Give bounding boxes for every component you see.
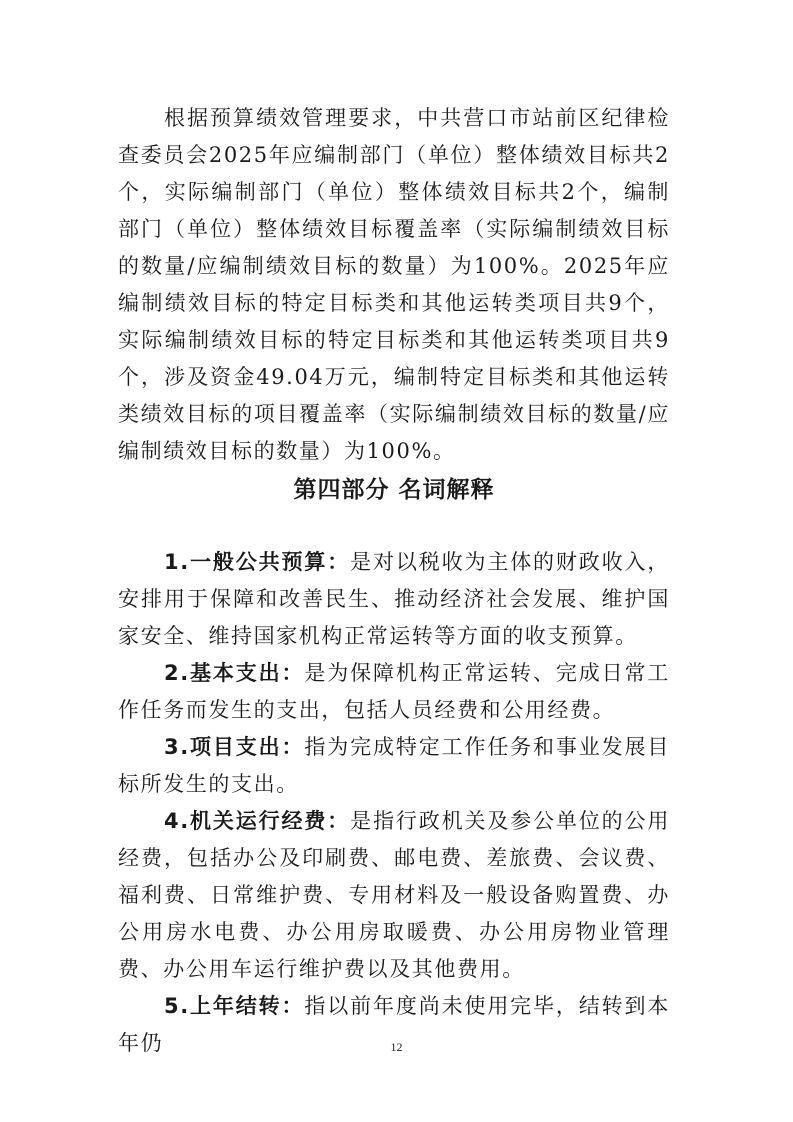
document-page: 根据预算绩效管理要求，中共营口市站前区纪律检查委员会2025年应编制部门（单位）…: [118, 100, 670, 1062]
definition-term: 1.一般公共预算：: [164, 550, 350, 574]
definition-term: 3.项目支出：: [164, 735, 304, 759]
page-number: 12: [0, 1040, 793, 1055]
section-heading: 第四部分 名词解释: [118, 470, 670, 510]
definition-term: 2.基本支出：: [164, 661, 304, 685]
definition-text: 是指行政机关及参公单位的公用经费，包括办公及印刷费、邮电费、差旅费、会议费、福利…: [118, 809, 670, 981]
definition-basic-expenditure: 2.基本支出：是为保障机构正常运转、完成日常工作任务而发生的支出，包括人员经费和…: [118, 655, 670, 729]
intro-paragraph: 根据预算绩效管理要求，中共营口市站前区纪律检查委员会2025年应编制部门（单位）…: [118, 100, 670, 470]
definition-operating-expenses: 4.机关运行经费：是指行政机关及参公单位的公用经费，包括办公及印刷费、邮电费、差…: [118, 803, 670, 988]
definition-general-public-budget: 1.一般公共预算：是对以税收为主体的财政收入，安排用于保障和改善民生、推动经济社…: [118, 544, 670, 655]
definition-project-expenditure: 3.项目支出：指为完成特定工作任务和事业发展目标所发生的支出。: [118, 729, 670, 803]
definition-term: 4.机关运行经费：: [164, 809, 350, 833]
definition-term: 5.上年结转：: [164, 994, 304, 1018]
